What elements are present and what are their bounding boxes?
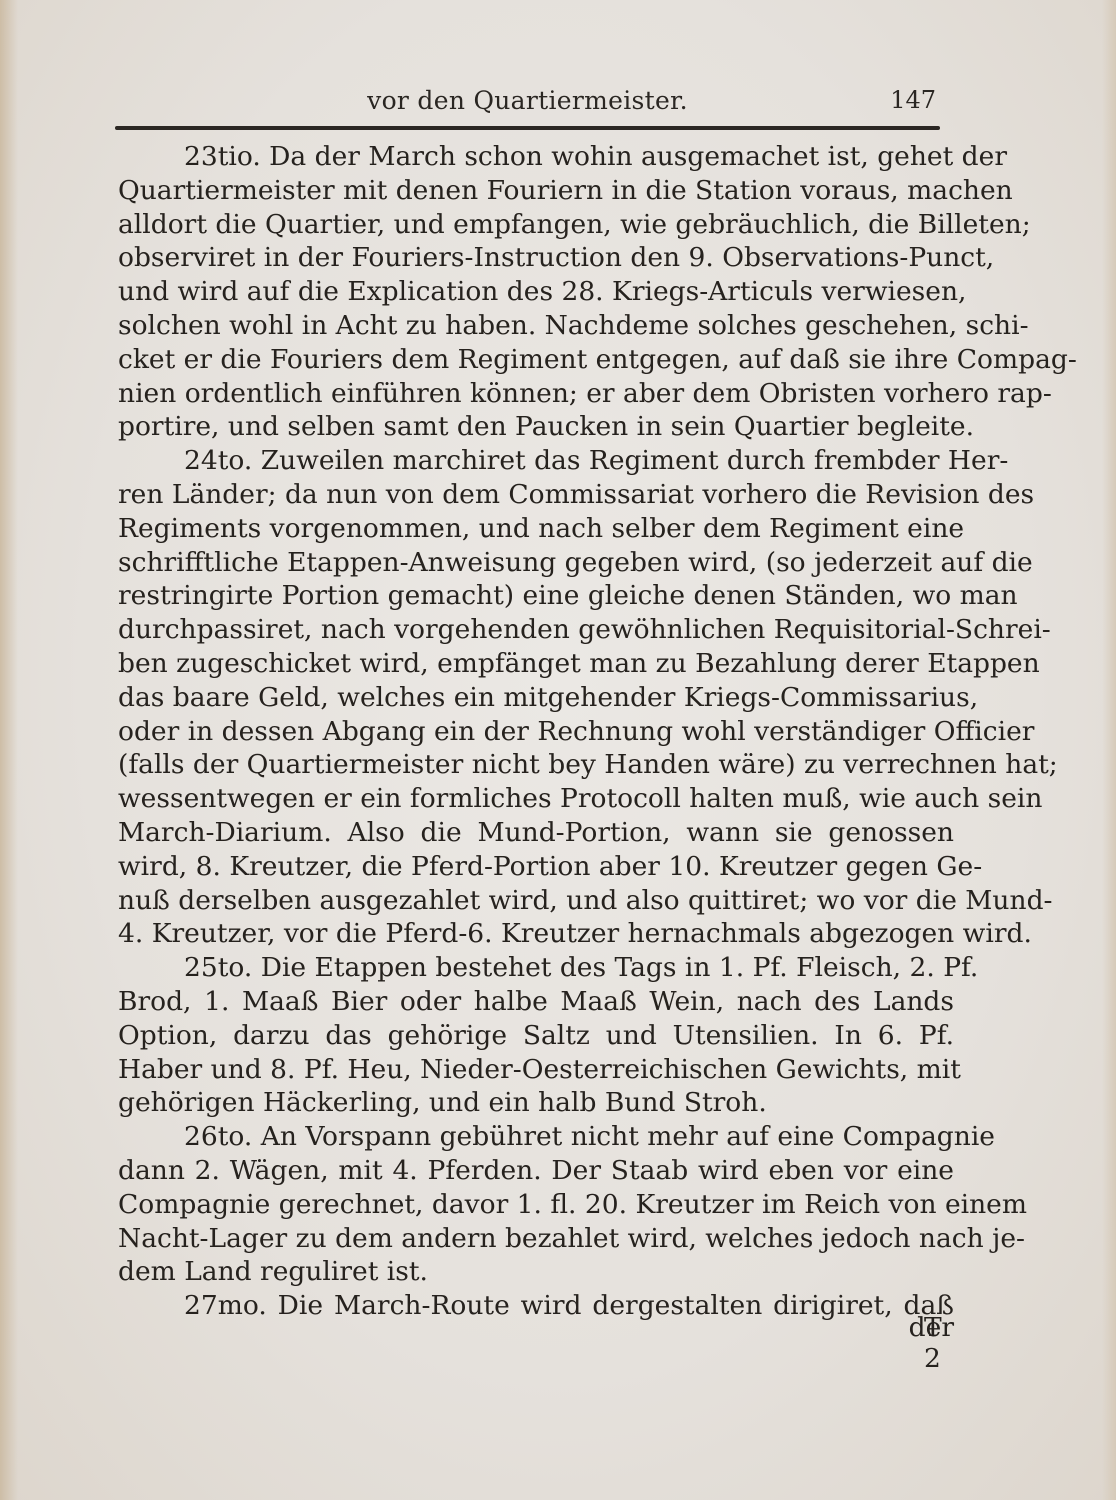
text-line: ben zugeschicket wird, empfänget man zu … [118, 647, 954, 681]
text-line: observiret in der Fouriers-Instruction d… [118, 241, 954, 275]
text-line: cket er die Fouriers dem Regiment entgeg… [118, 343, 954, 377]
book-page: vor den Quartiermeister. 147 23tio. Da d… [0, 0, 1116, 1500]
text-line: dem Land reguliret ist. [118, 1255, 954, 1289]
text-line: dann 2. Wägen, mit 4. Pferden. Der Staab… [118, 1154, 954, 1188]
text-line: 4. Kreutzer, vor die Pferd-6. Kreutzer h… [118, 917, 954, 951]
text-line: Regiments vorgenommen, und nach selber d… [118, 512, 954, 546]
catchword: der [909, 1312, 954, 1343]
page-footer: T 2 der [118, 1312, 954, 1346]
paragraph-first-line: 23tio. Da der March schon wohin ausgemac… [118, 140, 954, 174]
text-line: nuß derselben ausgezahlet wird, und also… [118, 884, 954, 918]
page-number: 147 [890, 86, 936, 114]
paragraph-first-line: 26to. An Vorspann gebühret nicht mehr au… [118, 1120, 954, 1154]
text-line: solchen wohl in Acht zu haben. Nachdeme … [118, 309, 954, 343]
body-text: 23tio. Da der March schon wohin ausgemac… [118, 140, 954, 1323]
text-line: gehörigen Häckerling, und ein halb Bund … [118, 1086, 954, 1120]
text-line: Nacht-Lager zu dem andern bezahlet wird,… [118, 1222, 954, 1256]
paragraph-first-line: 24to. Zuweilen marchiret das Regiment du… [118, 444, 954, 478]
text-line: das baare Geld, welches ein mitgehender … [118, 681, 954, 715]
text-line: portire, und selben samt den Paucken in … [118, 410, 954, 444]
text-line: Option, darzu das gehörige Saltz und Ute… [118, 1019, 954, 1053]
text-line: Compagnie gerechnet, davor 1. fl. 20. Kr… [118, 1188, 954, 1222]
text-line: durchpassiret, nach vorgehenden gewöhnli… [118, 613, 954, 647]
text-line: und wird auf die Explication des 28. Kri… [118, 275, 954, 309]
text-line: schrifftliche Etappen-Anweisung gegeben … [118, 546, 954, 580]
text-line: wessentwegen er ein formliches Protocoll… [118, 782, 954, 816]
text-line: (falls der Quartiermeister nicht bey Han… [118, 748, 954, 782]
text-line: Quartiermeister mit denen Fouriern in di… [118, 174, 954, 208]
text-line: March-Diarium. Also die Mund-Portion, wa… [118, 816, 954, 850]
text-line: nien ordentlich einführen können; er abe… [118, 377, 954, 411]
text-line: ren Länder; da nun von dem Commissariat … [118, 478, 954, 512]
text-line: restringirte Portion gemacht) eine gleic… [118, 579, 954, 613]
header-rule [115, 126, 940, 130]
text-line: Haber und 8. Pf. Heu, Nieder-Oesterreich… [118, 1053, 954, 1087]
text-line: alldort die Quartier, und empfangen, wie… [118, 208, 954, 242]
page-header: vor den Quartiermeister. 147 [115, 86, 940, 126]
text-line: oder in dessen Abgang ein der Rechnung w… [118, 715, 954, 749]
text-line: Brod, 1. Maaß Bier oder halbe Maaß Wein,… [118, 985, 954, 1019]
text-line: wird, 8. Kreutzer, die Pferd-Portion abe… [118, 850, 954, 884]
paragraph-first-line: 25to. Die Etappen bestehet des Tags in 1… [118, 951, 954, 985]
running-head: vor den Quartiermeister. [115, 86, 940, 115]
